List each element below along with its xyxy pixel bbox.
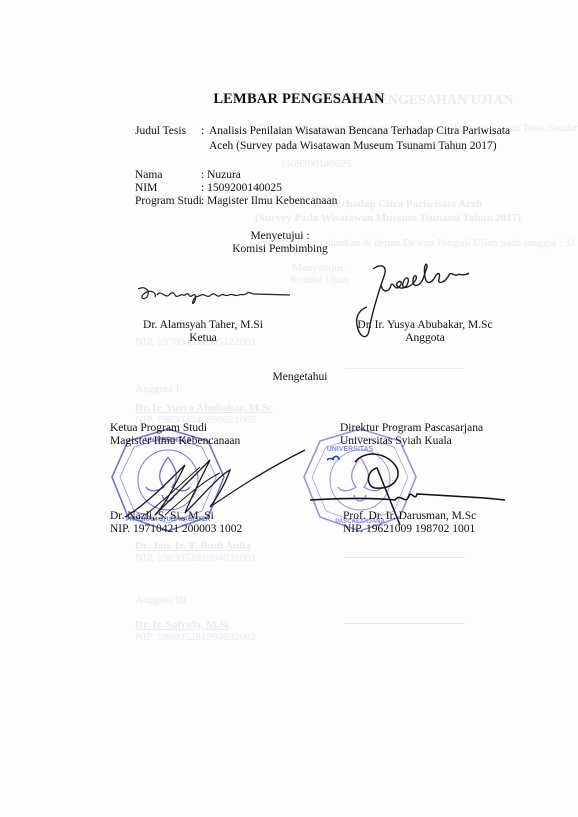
right-signatory-name: Prof. Dr. Ir. Darusman, M.Sc: [343, 510, 476, 522]
bleed-through-text: (Survey Pada Wisatawan Museum Tsunami Ta…: [255, 212, 521, 224]
nim-value: : 1509200140025: [201, 182, 282, 194]
left-signatory-title2: Magister Ilmu Kebencanaan: [110, 435, 240, 447]
prodi-label: Program Studi: [135, 195, 202, 207]
acknowledged-heading: Mengetahui: [250, 371, 350, 383]
bleed-through-text: 1509200140025: [280, 158, 352, 170]
bleed-through-text: Terhadap Citra Pariwisata Aceh: [330, 198, 482, 210]
judul-separator: :: [201, 125, 204, 137]
approval-subheading: Komisi Pembimbing: [205, 243, 355, 255]
bleed-through-line: [345, 623, 465, 624]
bleed-through-line: [345, 368, 465, 369]
bleed-through-text: Anggota I: [135, 383, 179, 395]
bleed-through-text: Anggota III: [135, 594, 187, 606]
bleed-through-text: NIP. 196805281994032002: [135, 631, 256, 643]
prodi-value: : Magister Ilmu Kebencanaan: [201, 195, 337, 207]
bleed-through-text: Dr. Ir. Safrida, M.Si: [135, 619, 229, 631]
nama-label: Nama: [135, 169, 162, 181]
approval-heading: Menyetujui :: [215, 230, 345, 242]
document-title: LEMBAR PENGESAHAN: [0, 91, 578, 108]
signature-advisor1-icon: [135, 283, 295, 311]
left-signatory-title1: Ketua Program Studi: [110, 422, 207, 434]
bleed-through-line: [345, 557, 465, 558]
judul-label: Judul Tesis: [135, 125, 186, 137]
right-signatory-title2: Universitas Syiah Kuala: [340, 435, 452, 447]
advisor1-role: Ketua: [118, 332, 288, 344]
bleed-through-text: NIP. 196305291994031001: [135, 552, 256, 564]
bleed-through-text: Menyetujui,: [292, 262, 345, 274]
judul-value-line1: Analisis Penilaian Wisatawan Bencana Ter…: [209, 125, 510, 137]
advisor2-role: Anggota: [345, 332, 505, 344]
nim-label: NIM: [135, 182, 157, 194]
advisor2-name: Dr. Ir. Yusya Abubakar, M.Sc: [345, 319, 505, 331]
right-signatory-title1: Direktur Program Pascasarjana: [340, 422, 483, 434]
left-signatory-nip: NIP. 19710421 200003 1002: [110, 523, 242, 535]
bleed-through-text: Komisi Ujian: [290, 274, 350, 286]
judul-value-line2: Aceh (Survey pada Wisatawan Museum Tsuna…: [209, 140, 497, 152]
left-signatory-name: Dr. Nazli, S. Si., M. Si: [110, 510, 214, 522]
nama-value: : Nuzura: [201, 169, 241, 181]
right-signatory-nip: NIP. 19621009 198702 1001: [343, 523, 475, 535]
bleed-through-text: Dr. Ir. Yusya Abubakar, M.Sc: [135, 402, 273, 414]
bleed-through-text: Dr. Jan. Ir. T. Budi Aulia: [135, 540, 251, 552]
advisor1-name: Dr. Alamsyah Taher, M.Si: [118, 319, 288, 331]
